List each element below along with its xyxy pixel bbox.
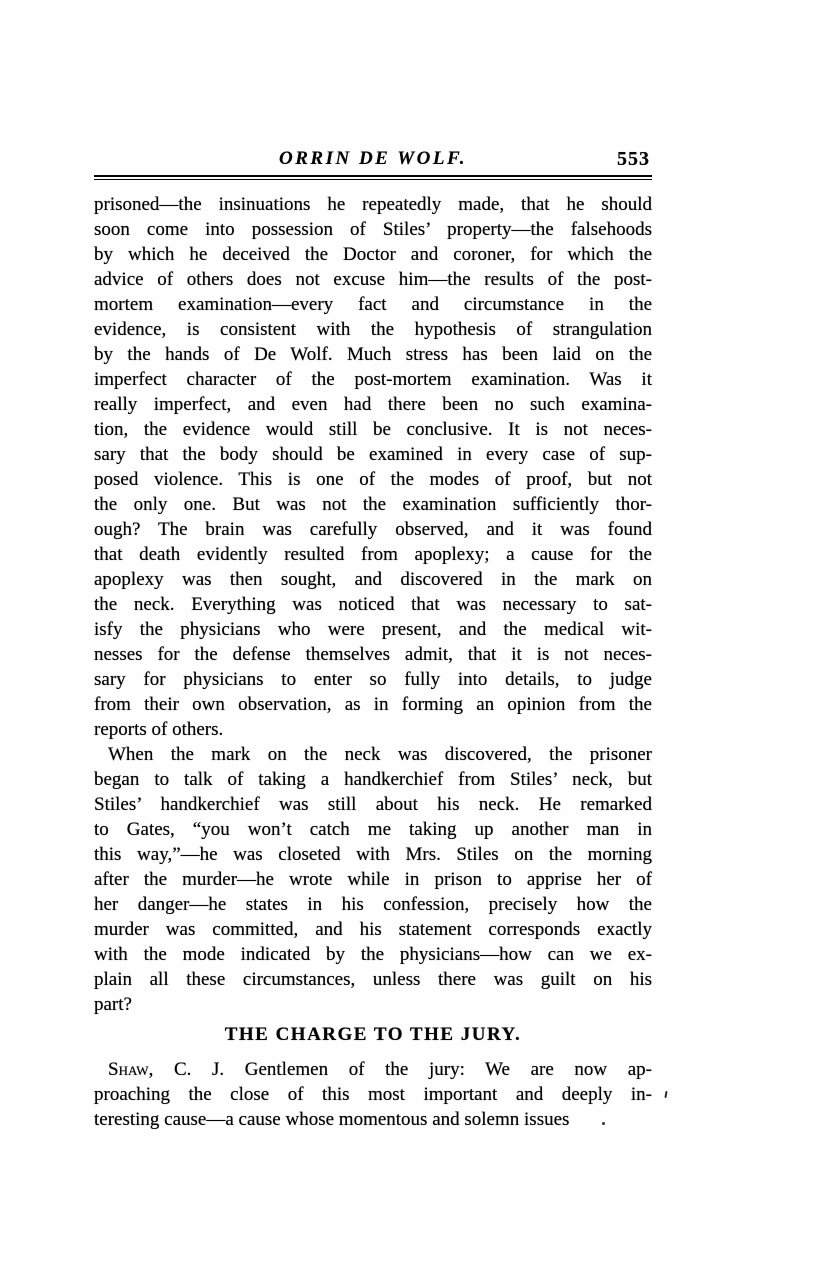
text-line: reports of others. (94, 717, 652, 742)
page-content: ORRIN DE WOLF. 553 prisoned—the insinuat… (94, 147, 652, 1132)
header-rule (94, 175, 652, 180)
speaker-name: Shaw (108, 1059, 149, 1080)
text-line: Shaw, C. J. Gentlemen of the jury: We ar… (94, 1057, 652, 1082)
running-title: ORRIN DE WOLF. (94, 147, 652, 171)
text-line: by which he deceived the Doctor and coro… (94, 242, 652, 267)
text-line: apoplexy was then sought, and discovered… (94, 567, 652, 592)
text-line: plain all these circumstances, unless th… (94, 967, 652, 992)
text-line: When the mark on the neck was discovered… (94, 742, 652, 767)
text-line: teresting cause—a cause whose momentous … (94, 1107, 652, 1132)
text-line: ough? The brain was carefully observed, … (94, 517, 652, 542)
text-line: mortem examination—every fact and circum… (94, 292, 652, 317)
paragraph-charge: Shaw, C. J. Gentlemen of the jury: We ar… (94, 1057, 652, 1132)
text-line: after the murder—he wrote while in priso… (94, 867, 652, 892)
text-line: murder was committed, and his statement … (94, 917, 652, 942)
text-line: evidence, is consistent with the hypothe… (94, 317, 652, 342)
text-line: Stiles’ handkerchief was still about his… (94, 792, 652, 817)
section-heading: THE CHARGE TO THE JURY. (94, 1022, 652, 1047)
text-line: posed violence. This is one of the modes… (94, 467, 652, 492)
paragraph-continuation: prisoned—the insinuations he repeatedly … (94, 192, 652, 742)
text-line: isfy the physicians who were present, an… (94, 617, 652, 642)
text-line: began to talk of taking a handkerchief f… (94, 767, 652, 792)
text-line: her danger—he states in his confession, … (94, 892, 652, 917)
text-line: nesses for the defense themselves admit,… (94, 642, 652, 667)
paragraph-charge-lines: proaching the close of this most importa… (94, 1082, 652, 1132)
text-line: imperfect character of the post-mortem e… (94, 367, 652, 392)
text-line: soon come into possession of Stiles’ pro… (94, 217, 652, 242)
text-line: the neck. Everything was noticed that wa… (94, 592, 652, 617)
text-line: really imperfect, and even had there bee… (94, 392, 652, 417)
page-header: ORRIN DE WOLF. 553 (94, 147, 652, 171)
text-line: prisoned—the insinuations he repeatedly … (94, 192, 652, 217)
text-line: by the hands of De Wolf. Much stress has… (94, 342, 652, 367)
paragraph: When the mark on the neck was discovered… (94, 742, 652, 1017)
text-line: tion, the evidence would still be conclu… (94, 417, 652, 442)
page-text: prisoned—the insinuations he repeatedly … (94, 192, 652, 1132)
book-page: ORRIN DE WOLF. 553 prisoned—the insinuat… (0, 0, 836, 1284)
text-line: this way,”—he was closeted with Mrs. Sti… (94, 842, 652, 867)
scan-artifact (664, 1091, 667, 1098)
text-line: with the mode indicated by the physician… (94, 942, 652, 967)
text-line: part? (94, 992, 652, 1017)
text-line: the only one. But was not the examinatio… (94, 492, 652, 517)
text-line: proaching the close of this most importa… (94, 1082, 652, 1107)
text-line: to Gates, “you won’t catch me taking up … (94, 817, 652, 842)
text-line: sary for physicians to enter so fully in… (94, 667, 652, 692)
text-line: advice of others does not excuse him—the… (94, 267, 652, 292)
text-line: that death evidently resulted from apopl… (94, 542, 652, 567)
page-number: 553 (617, 147, 650, 171)
text-line: sary that the body should be examined in… (94, 442, 652, 467)
scan-artifact (602, 1122, 605, 1125)
text-line: from their own observation, as in formin… (94, 692, 652, 717)
text-run: , C. J. Gentlemen of the jury: We are no… (149, 1059, 652, 1080)
